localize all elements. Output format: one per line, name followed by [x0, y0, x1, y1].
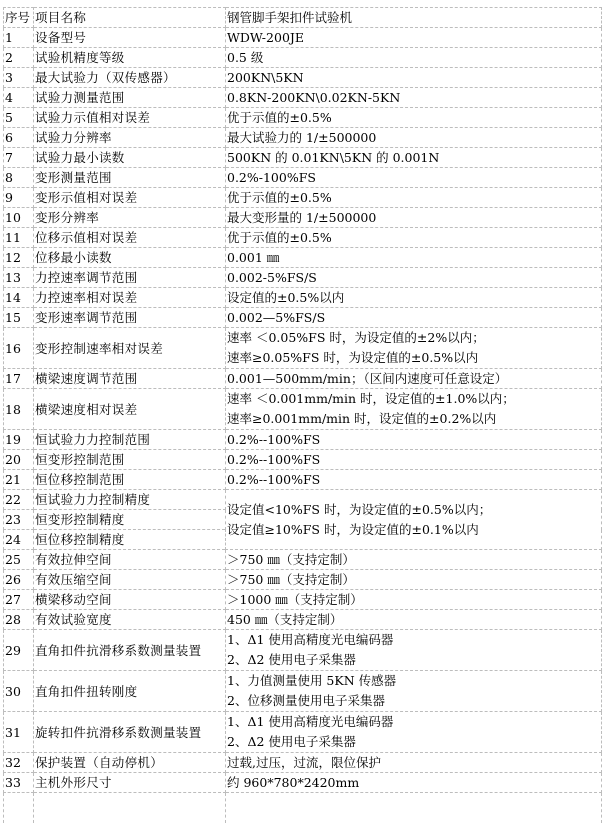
- row-value-line: 设定值≥10%FS 时，为设定值的±0.1%以内: [227, 520, 601, 540]
- row-value-line: 速率≥0.001mm/min 时，设定值的±0.2%以内: [227, 409, 601, 429]
- row-value-line: 速率≥0.05%FS 时，为设定值的±0.5%以内: [227, 348, 601, 368]
- row-value: 1、Δ1 使用高精度光电编码器 2、Δ2 使用电子采集器: [226, 712, 602, 753]
- row-name: 最大试验力（双传感器）: [34, 68, 226, 88]
- row-no: 12: [4, 248, 34, 268]
- row-no: 23: [4, 510, 34, 530]
- table-row: 22 恒试验力力控制精度 设定值<10%FS 时，为设定值的±0.5%以内； 设…: [4, 490, 602, 510]
- table-row: 5 试验力示值相对误差 优于示值的±0.5%: [4, 108, 602, 128]
- table-row: 13 力控速率调节范围 0.002-5%FS/S: [4, 268, 602, 288]
- row-value: 0.001—500mm/min；（区间内速度可任意设定）: [226, 369, 602, 389]
- row-value: 约 960*780*2420mm: [226, 773, 602, 793]
- row-no: 7: [4, 148, 34, 168]
- row-value: ＞750 ㎜（支持定制）: [226, 570, 602, 590]
- header-no: 序号: [4, 8, 34, 28]
- spec-table: 序号 项目名称 钢管脚手架扣件试验机 1 设备型号 WDW-200JE 2 试验…: [3, 7, 602, 796]
- row-no: 22: [4, 490, 34, 510]
- table-row: 15 变形速率调节范围 0.002—5%FS/S: [4, 308, 602, 328]
- table-row: 6 试验力分辨率 最大试验力的 1/±500000: [4, 128, 602, 148]
- row-no: 33: [4, 773, 34, 793]
- row-value-line: 1、Δ1 使用高精度光电编码器: [227, 630, 601, 650]
- row-value-line: 速率 ＜0.001mm/min 时，设定值的±1.0%以内；: [227, 389, 601, 409]
- row-value: 0.2%-100%FS: [226, 168, 602, 188]
- row-value-line: 2、Δ2 使用电子采集器: [227, 732, 601, 752]
- row-value: 0.2%--100%FS: [226, 430, 602, 450]
- row-value: 最大试验力的 1/±500000: [226, 128, 602, 148]
- row-name: 主机外形尺寸: [34, 773, 226, 793]
- table-row: 32 保护装置（自动停机） 过载,过压，过流，限位保护: [4, 753, 602, 773]
- row-no: 10: [4, 208, 34, 228]
- row-name: 恒变形控制精度: [34, 510, 226, 530]
- row-name: 保护装置（自动停机）: [34, 753, 226, 773]
- row-value-line: 1、Δ1 使用高精度光电编码器: [227, 712, 601, 732]
- row-no: 26: [4, 570, 34, 590]
- table-row: 18 横梁速度相对误差 速率 ＜0.001mm/min 时，设定值的±1.0%以…: [4, 389, 602, 430]
- row-no: [4, 793, 34, 797]
- row-value: 0.8KN-200KN\0.02KN-5KN: [226, 88, 602, 108]
- table-row: 31 旋转扣件抗滑移系数测量装置 1、Δ1 使用高精度光电编码器 2、Δ2 使用…: [4, 712, 602, 753]
- row-name: 横梁速度调节范围: [34, 369, 226, 389]
- row-name: 横梁速度相对误差: [34, 389, 226, 430]
- table-row: 7 试验力最小读数 500KN 的 0.01KN\5KN 的 0.001N: [4, 148, 602, 168]
- row-value-merged: 设定值<10%FS 时，为设定值的±0.5%以内； 设定值≥10%FS 时，为设…: [226, 490, 602, 550]
- row-name: 位移最小读数: [34, 248, 226, 268]
- row-no: 8: [4, 168, 34, 188]
- row-no: 20: [4, 450, 34, 470]
- table-row-partial: [4, 793, 602, 797]
- row-name: 变形示值相对误差: [34, 188, 226, 208]
- row-no: 6: [4, 128, 34, 148]
- row-name: 有效试验宽度: [34, 610, 226, 630]
- row-no: 29: [4, 630, 34, 671]
- row-name: 试验力分辨率: [34, 128, 226, 148]
- row-no: 2: [4, 48, 34, 68]
- row-value-line: 2、Δ2 使用电子采集器: [227, 650, 601, 670]
- row-name: 变形速率调节范围: [34, 308, 226, 328]
- row-value-line: 设定值<10%FS 时，为设定值的±0.5%以内；: [227, 500, 601, 520]
- row-no: 3: [4, 68, 34, 88]
- row-name: 力控速率调节范围: [34, 268, 226, 288]
- row-name: 变形控制速率相对误差: [34, 328, 226, 369]
- row-no: 11: [4, 228, 34, 248]
- table-row: 25 有效拉伸空间 ＞750 ㎜（支持定制）: [4, 550, 602, 570]
- row-name: 恒变形控制范围: [34, 450, 226, 470]
- table-row: 28 有效试验宽度 450 ㎜（支持定制）: [4, 610, 602, 630]
- row-name: 位移示值相对误差: [34, 228, 226, 248]
- row-value: ＞750 ㎜（支持定制）: [226, 550, 602, 570]
- row-no: 1: [4, 28, 34, 48]
- table-header-row: 序号 项目名称 钢管脚手架扣件试验机: [4, 8, 602, 28]
- row-value-line: 速率 ＜0.05%FS 时，为设定值的±2%以内；: [227, 328, 601, 348]
- row-no: 25: [4, 550, 34, 570]
- row-name: 试验机精度等级: [34, 48, 226, 68]
- row-no: 21: [4, 470, 34, 490]
- row-value-line: 1、力值测量使用 5KN 传感器: [227, 671, 601, 691]
- table-row: 33 主机外形尺寸 约 960*780*2420mm: [4, 773, 602, 793]
- header-value: 钢管脚手架扣件试验机: [226, 8, 602, 28]
- row-name: 试验力测量范围: [34, 88, 226, 108]
- row-no: 30: [4, 671, 34, 712]
- table-row: 26 有效压缩空间 ＞750 ㎜（支持定制）: [4, 570, 602, 590]
- row-value: 500KN 的 0.01KN\5KN 的 0.001N: [226, 148, 602, 168]
- row-no: 28: [4, 610, 34, 630]
- row-value: 0.2%--100%FS: [226, 470, 602, 490]
- table-row: 3 最大试验力（双传感器） 200KN\5KN: [4, 68, 602, 88]
- row-no: 15: [4, 308, 34, 328]
- row-no: 24: [4, 530, 34, 550]
- row-value: 1、Δ1 使用高精度光电编码器 2、Δ2 使用电子采集器: [226, 630, 602, 671]
- row-value: ＞1000 ㎜（支持定制）: [226, 590, 602, 610]
- row-value: 0.002—5%FS/S: [226, 308, 602, 328]
- row-name: 变形测量范围: [34, 168, 226, 188]
- row-value: 450 ㎜（支持定制）: [226, 610, 602, 630]
- row-value: 优于示值的±0.5%: [226, 228, 602, 248]
- row-name: 恒试验力力控制精度: [34, 490, 226, 510]
- row-value: [226, 793, 602, 797]
- row-no: 16: [4, 328, 34, 369]
- table-row: 10 变形分辨率 最大变形量的 1/±500000: [4, 208, 602, 228]
- row-no: 4: [4, 88, 34, 108]
- row-value: 0.5 级: [226, 48, 602, 68]
- table-row: 4 试验力测量范围 0.8KN-200KN\0.02KN-5KN: [4, 88, 602, 108]
- row-no: 17: [4, 369, 34, 389]
- row-name: 恒位移控制范围: [34, 470, 226, 490]
- row-no: 32: [4, 753, 34, 773]
- table-row: 29 直角扣件抗滑移系数测量装置 1、Δ1 使用高精度光电编码器 2、Δ2 使用…: [4, 630, 602, 671]
- row-name: 力控速率相对误差: [34, 288, 226, 308]
- row-value: 1、力值测量使用 5KN 传感器 2、位移测量使用电子采集器: [226, 671, 602, 712]
- row-no: 9: [4, 188, 34, 208]
- row-name: 试验力最小读数: [34, 148, 226, 168]
- row-name: 旋转扣件抗滑移系数测量装置: [34, 712, 226, 753]
- row-value: 优于示值的±0.5%: [226, 108, 602, 128]
- row-value: 设定值的±0.5%以内: [226, 288, 602, 308]
- row-value: 速率 ＜0.05%FS 时，为设定值的±2%以内； 速率≥0.05%FS 时，为…: [226, 328, 602, 369]
- row-no: 27: [4, 590, 34, 610]
- row-value-line: 2、位移测量使用电子采集器: [227, 691, 601, 711]
- row-value: 优于示值的±0.5%: [226, 188, 602, 208]
- row-value: 速率 ＜0.001mm/min 时，设定值的±1.0%以内； 速率≥0.001m…: [226, 389, 602, 430]
- row-no: 19: [4, 430, 34, 450]
- row-name: [34, 793, 226, 797]
- row-name: 横梁移动空间: [34, 590, 226, 610]
- table-row: 1 设备型号 WDW-200JE: [4, 28, 602, 48]
- row-name: 直角扣件扭转刚度: [34, 671, 226, 712]
- table-row: 20 恒变形控制范围 0.2%--100%FS: [4, 450, 602, 470]
- row-name: 恒位移控制精度: [34, 530, 226, 550]
- table-row: 14 力控速率相对误差 设定值的±0.5%以内: [4, 288, 602, 308]
- row-name: 有效压缩空间: [34, 570, 226, 590]
- row-name: 试验力示值相对误差: [34, 108, 226, 128]
- table-row: 2 试验机精度等级 0.5 级: [4, 48, 602, 68]
- row-name: 直角扣件抗滑移系数测量装置: [34, 630, 226, 671]
- row-no: 14: [4, 288, 34, 308]
- row-value: 最大变形量的 1/±500000: [226, 208, 602, 228]
- table-row: 21 恒位移控制范围 0.2%--100%FS: [4, 470, 602, 490]
- row-name: 变形分辨率: [34, 208, 226, 228]
- table-row: 12 位移最小读数 0.001 ㎜: [4, 248, 602, 268]
- spec-sheet: 序号 项目名称 钢管脚手架扣件试验机 1 设备型号 WDW-200JE 2 试验…: [3, 7, 602, 796]
- table-row: 30 直角扣件扭转刚度 1、力值测量使用 5KN 传感器 2、位移测量使用电子采…: [4, 671, 602, 712]
- row-name: 有效拉伸空间: [34, 550, 226, 570]
- row-value: 0.001 ㎜: [226, 248, 602, 268]
- row-value: 0.002-5%FS/S: [226, 268, 602, 288]
- table-row: 11 位移示值相对误差 优于示值的±0.5%: [4, 228, 602, 248]
- row-value: 过载,过压，过流，限位保护: [226, 753, 602, 773]
- row-value: WDW-200JE: [226, 28, 602, 48]
- table-row: 8 变形测量范围 0.2%-100%FS: [4, 168, 602, 188]
- table-row: 16 变形控制速率相对误差 速率 ＜0.05%FS 时，为设定值的±2%以内； …: [4, 328, 602, 369]
- row-value: 200KN\5KN: [226, 68, 602, 88]
- row-value: 0.2%--100%FS: [226, 450, 602, 470]
- header-name: 项目名称: [34, 8, 226, 28]
- table-row: 19 恒试验力力控制范围 0.2%--100%FS: [4, 430, 602, 450]
- row-name: 恒试验力力控制范围: [34, 430, 226, 450]
- row-name: 设备型号: [34, 28, 226, 48]
- row-no: 5: [4, 108, 34, 128]
- table-row: 9 变形示值相对误差 优于示值的±0.5%: [4, 188, 602, 208]
- row-no: 13: [4, 268, 34, 288]
- table-row: 27 横梁移动空间 ＞1000 ㎜（支持定制）: [4, 590, 602, 610]
- row-no: 18: [4, 389, 34, 430]
- row-no: 31: [4, 712, 34, 753]
- table-row: 17 横梁速度调节范围 0.001—500mm/min；（区间内速度可任意设定）: [4, 369, 602, 389]
